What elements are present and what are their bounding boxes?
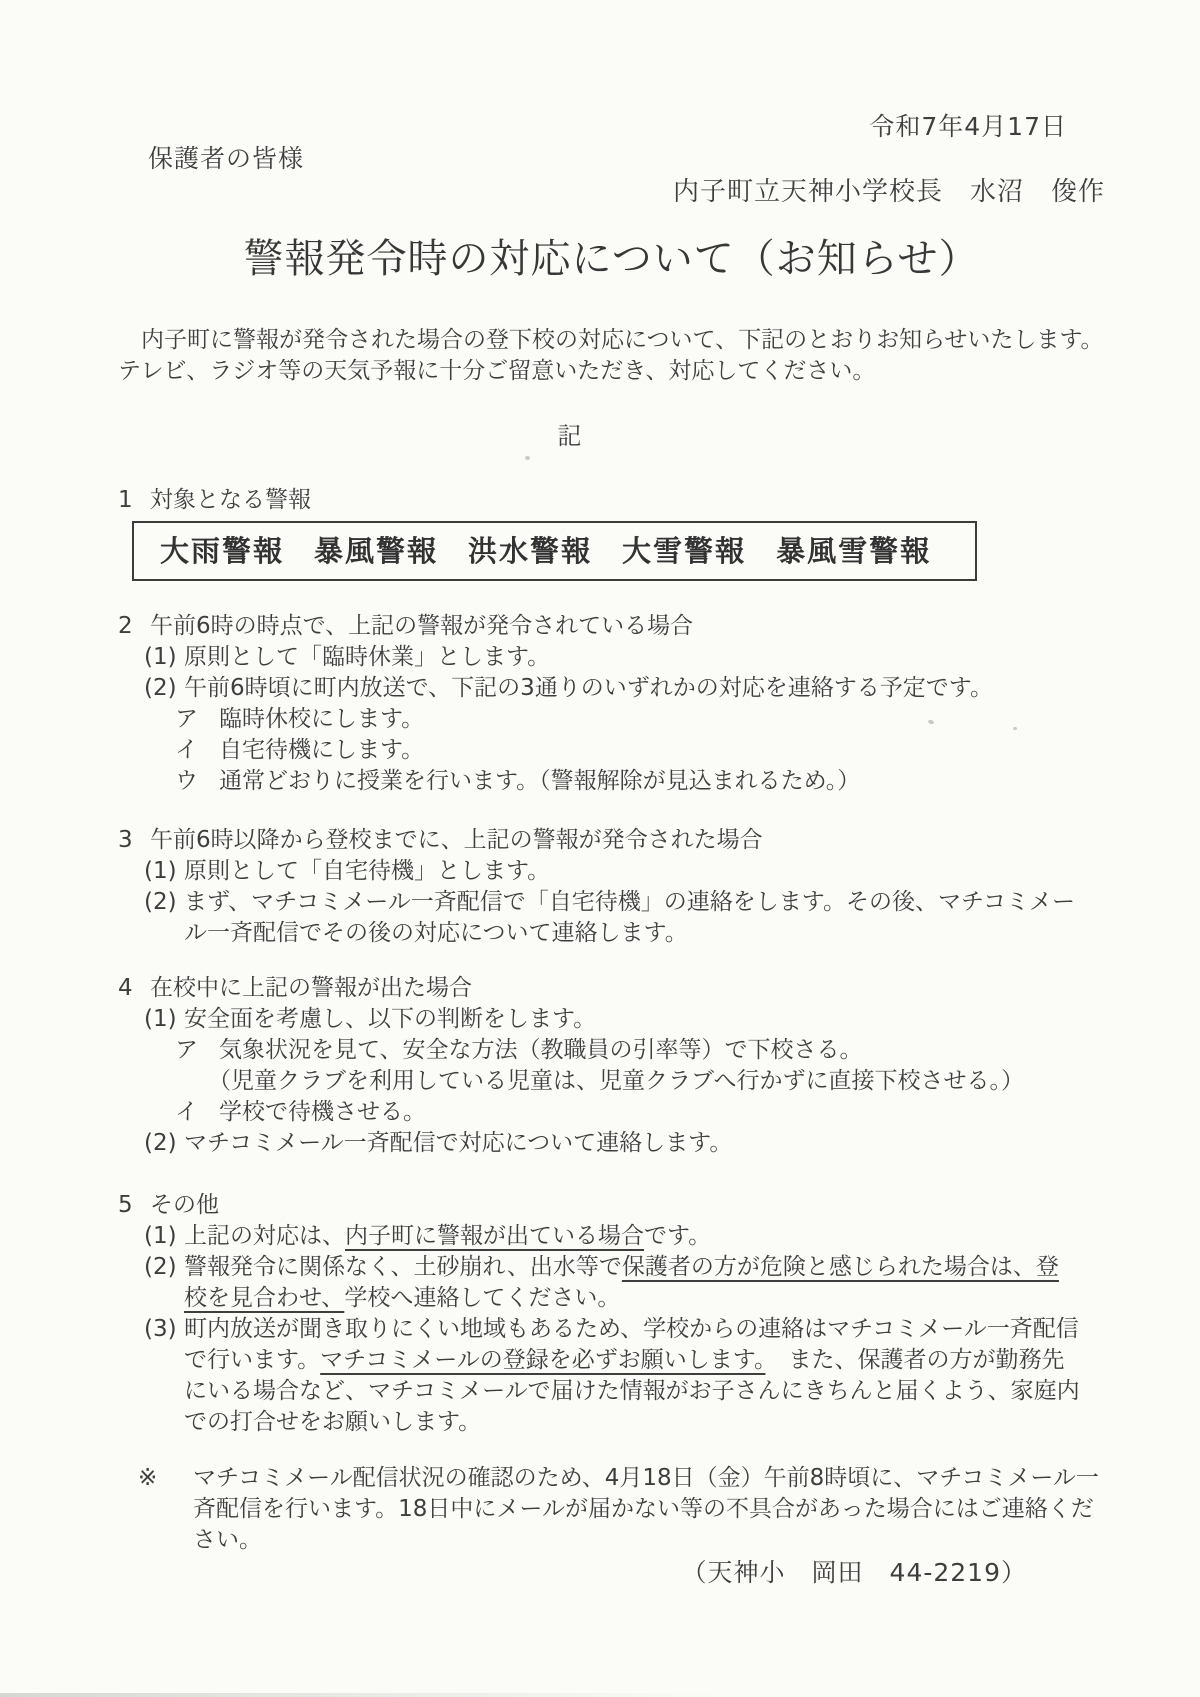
section-4-heading: 4 在校中に上記の警報が出た場合 bbox=[118, 973, 1105, 1004]
item-marker: (1) bbox=[144, 1004, 184, 1035]
postscript-note: ※ マチコミメール配信状況の確認のため、4月18日（金）午前8時頃に、マチコミメ… bbox=[138, 1463, 1105, 1556]
item-text: マチコミメール一斉配信で対応について連絡します。 bbox=[184, 1128, 732, 1159]
item-text: 上記の対応は、内子町に警報が出ている場合です。 bbox=[184, 1221, 711, 1252]
item-marker: (3) bbox=[144, 1314, 184, 1438]
section-1-heading: 1 対象となる警報 bbox=[118, 485, 1105, 516]
subitem-text: 自宅待機にします。 bbox=[219, 735, 424, 766]
item-text: 原則として「自宅待機」とします。 bbox=[184, 856, 550, 887]
item-text: 警報発令に関係なく、土砂崩れ、出水等で保護者の方が危険と感じられた場合は、登校を… bbox=[184, 1252, 1081, 1314]
section-2-heading: 2 午前6時の時点で、上記の警報が発令されている場合 bbox=[118, 611, 1105, 642]
subitem-text: 気象状況を見て、安全な方法（教職員の引率等）で下校さる。 bbox=[219, 1035, 863, 1066]
item-text: 午前6時頃に町内放送で、下記の3通りのいずれかの対応を連絡する予定です。 bbox=[184, 673, 993, 704]
subitem-marker: ア bbox=[175, 1035, 219, 1066]
subitem-marker: イ bbox=[175, 735, 219, 766]
section-warning-at-6am: 2 午前6時の時点で、上記の警報が発令されている場合 (1) 原則として「臨時休… bbox=[118, 611, 1105, 797]
text-segment: 上記の対応は、 bbox=[184, 1223, 345, 1249]
scan-speck bbox=[525, 456, 530, 460]
section-2-number: 2 bbox=[118, 611, 150, 642]
section-1-title: 対象となる警報 bbox=[150, 485, 311, 516]
list-item: (2) まず、マチコミメール一斉配信で「自宅待機」の連絡をします。その後、マチコ… bbox=[144, 887, 1105, 949]
section-3-heading: 3 午前6時以降から登校までに、上記の警報が発令された場合 bbox=[118, 825, 1105, 856]
section-3-number: 3 bbox=[118, 825, 150, 856]
section-5-heading: 5 その他 bbox=[118, 1190, 1105, 1221]
text-segment: です。 bbox=[644, 1223, 711, 1249]
section-4-number: 4 bbox=[118, 973, 150, 1004]
list-item: (1) 原則として「自宅待機」とします。 bbox=[144, 856, 1105, 887]
item-marker: (2) bbox=[144, 1252, 184, 1314]
subitem-marker: ア bbox=[175, 704, 219, 735]
list-item: (2) マチコミメール一斉配信で対応について連絡します。 bbox=[144, 1128, 1105, 1159]
postscript-text: マチコミメール配信状況の確認のため、4月18日（金）午前8時頃に、マチコミメール… bbox=[193, 1463, 1105, 1556]
section-1-number: 1 bbox=[118, 485, 150, 516]
warning-label: 暴風警報 bbox=[314, 532, 438, 570]
subitem-text: 学校で待機させる。 bbox=[219, 1097, 426, 1128]
subitem-marker: ウ bbox=[175, 766, 219, 797]
item-text: 安全面を考慮し、以下の判断をします。 bbox=[184, 1004, 596, 1035]
record-mark: 記 bbox=[76, 421, 1063, 451]
item-text: 原則として「臨時休業」とします。 bbox=[184, 642, 550, 673]
list-item: (2) 警報発令に関係なく、土砂崩れ、出水等で保護者の方が危険と感じられた場合は… bbox=[144, 1252, 1105, 1314]
warning-label: 大雨警報 bbox=[160, 532, 284, 570]
item-marker: (1) bbox=[144, 642, 184, 673]
subitem-text: 通常どおりに授業を行います。（警報解除が見込まれるため。） bbox=[219, 766, 860, 797]
postscript-marker: ※ bbox=[138, 1463, 193, 1556]
contact-line: （天神小 岡田 44-2219） bbox=[118, 1558, 1027, 1588]
sub-list-item: イ 自宅待機にします。 bbox=[175, 735, 1105, 766]
item-text: 町内放送が聞き取りにくい地域もあるため、学校からの連絡はマチコミメール一斉配信で… bbox=[184, 1314, 1081, 1438]
sender-line: 内子町立天神小学校長 水沼 俊作 bbox=[118, 177, 1105, 207]
section-warning-after-6am: 3 午前6時以降から登校までに、上記の警報が発令された場合 (1) 原則として「… bbox=[118, 825, 1105, 949]
recipient-line: 保護者の皆様 bbox=[148, 144, 1105, 174]
text-segment: 学校へ連絡してください。 bbox=[344, 1285, 620, 1311]
item-marker: (2) bbox=[144, 887, 184, 949]
item-marker: (2) bbox=[144, 1128, 184, 1159]
section-5-number: 5 bbox=[118, 1190, 150, 1221]
list-item: (3) 町内放送が聞き取りにくい地域もあるため、学校からの連絡はマチコミメール一… bbox=[144, 1314, 1105, 1438]
sub-list-item: ア 臨時休校にします。 bbox=[175, 704, 1105, 735]
sub-list-item: イ 学校で待機させる。 bbox=[175, 1097, 1105, 1128]
section-4-title: 在校中に上記の警報が出た場合 bbox=[150, 973, 472, 1004]
list-item: (2) 午前6時頃に町内放送で、下記の3通りのいずれかの対応を連絡する予定です。 bbox=[144, 673, 1105, 704]
warning-box: 大雨警報 暴風警報 洪水警報 大雪警報 暴風雪警報 bbox=[132, 521, 977, 581]
document-page: 令和7年4月17日 保護者の皆様 内子町立天神小学校長 水沼 俊作 警報発令時の… bbox=[0, 0, 1200, 1697]
list-item: (1) 原則として「臨時休業」とします。 bbox=[144, 642, 1105, 673]
section-warning-during-school: 4 在校中に上記の警報が出た場合 (1) 安全面を考慮し、以下の判断をします。 … bbox=[118, 973, 1105, 1159]
date-line: 令和7年4月17日 bbox=[118, 112, 1067, 142]
scan-edge-shadow bbox=[0, 1693, 720, 1697]
section-3-title: 午前6時以降から登校までに、上記の警報が発令された場合 bbox=[150, 825, 763, 856]
subitem-text: 臨時休校にします。 bbox=[219, 704, 424, 735]
item-text: まず、マチコミメール一斉配信で「自宅待機」の連絡をします。その後、マチコミメール… bbox=[184, 887, 1081, 949]
subitem-note: （児童クラブを利用している児童は、児童クラブへ行かずに直接下校させる。） bbox=[208, 1066, 1068, 1097]
sub-list-item: ア 気象状況を見て、安全な方法（教職員の引率等）で下校さる。 bbox=[175, 1035, 1105, 1066]
item-marker: (1) bbox=[144, 1221, 184, 1252]
warning-label: 暴風雪警報 bbox=[776, 532, 931, 570]
section-5-title: その他 bbox=[150, 1190, 219, 1221]
section-other: 5 その他 (1) 上記の対応は、内子町に警報が出ている場合です。 (2) 警報… bbox=[118, 1190, 1105, 1438]
subitem-marker: イ bbox=[175, 1097, 219, 1128]
item-marker: (1) bbox=[144, 856, 184, 887]
page-title: 警報発令時の対応について（お知らせ） bbox=[118, 233, 1105, 285]
sub-list-item: ウ 通常どおりに授業を行います。（警報解除が見込まれるため。） bbox=[175, 766, 1105, 797]
warning-label: 洪水警報 bbox=[468, 532, 592, 570]
section-2-title: 午前6時の時点で、上記の警報が発令されている場合 bbox=[150, 611, 693, 642]
warning-label: 大雪警報 bbox=[622, 532, 746, 570]
section-target-warnings: 1 対象となる警報 大雨警報 暴風警報 洪水警報 大雪警報 暴風雪警報 bbox=[118, 485, 1105, 581]
underlined-text-segment: 内子町に警報が出ている場合 bbox=[345, 1223, 644, 1249]
underlined-text-segment: マチコミメールの登録を必ずお願いします。 bbox=[320, 1347, 765, 1373]
item-marker: (2) bbox=[144, 673, 184, 704]
text-segment: 警報発令に関係なく、土砂崩れ、出水等で bbox=[184, 1254, 622, 1280]
intro-paragraph: 内子町に警報が発令された場合の登下校の対応について、下記のとおりお知らせいたしま… bbox=[118, 325, 1105, 387]
list-item: (1) 上記の対応は、内子町に警報が出ている場合です。 bbox=[144, 1221, 1105, 1252]
list-item: (1) 安全面を考慮し、以下の判断をします。 bbox=[144, 1004, 1105, 1035]
scan-speck bbox=[1013, 727, 1017, 730]
